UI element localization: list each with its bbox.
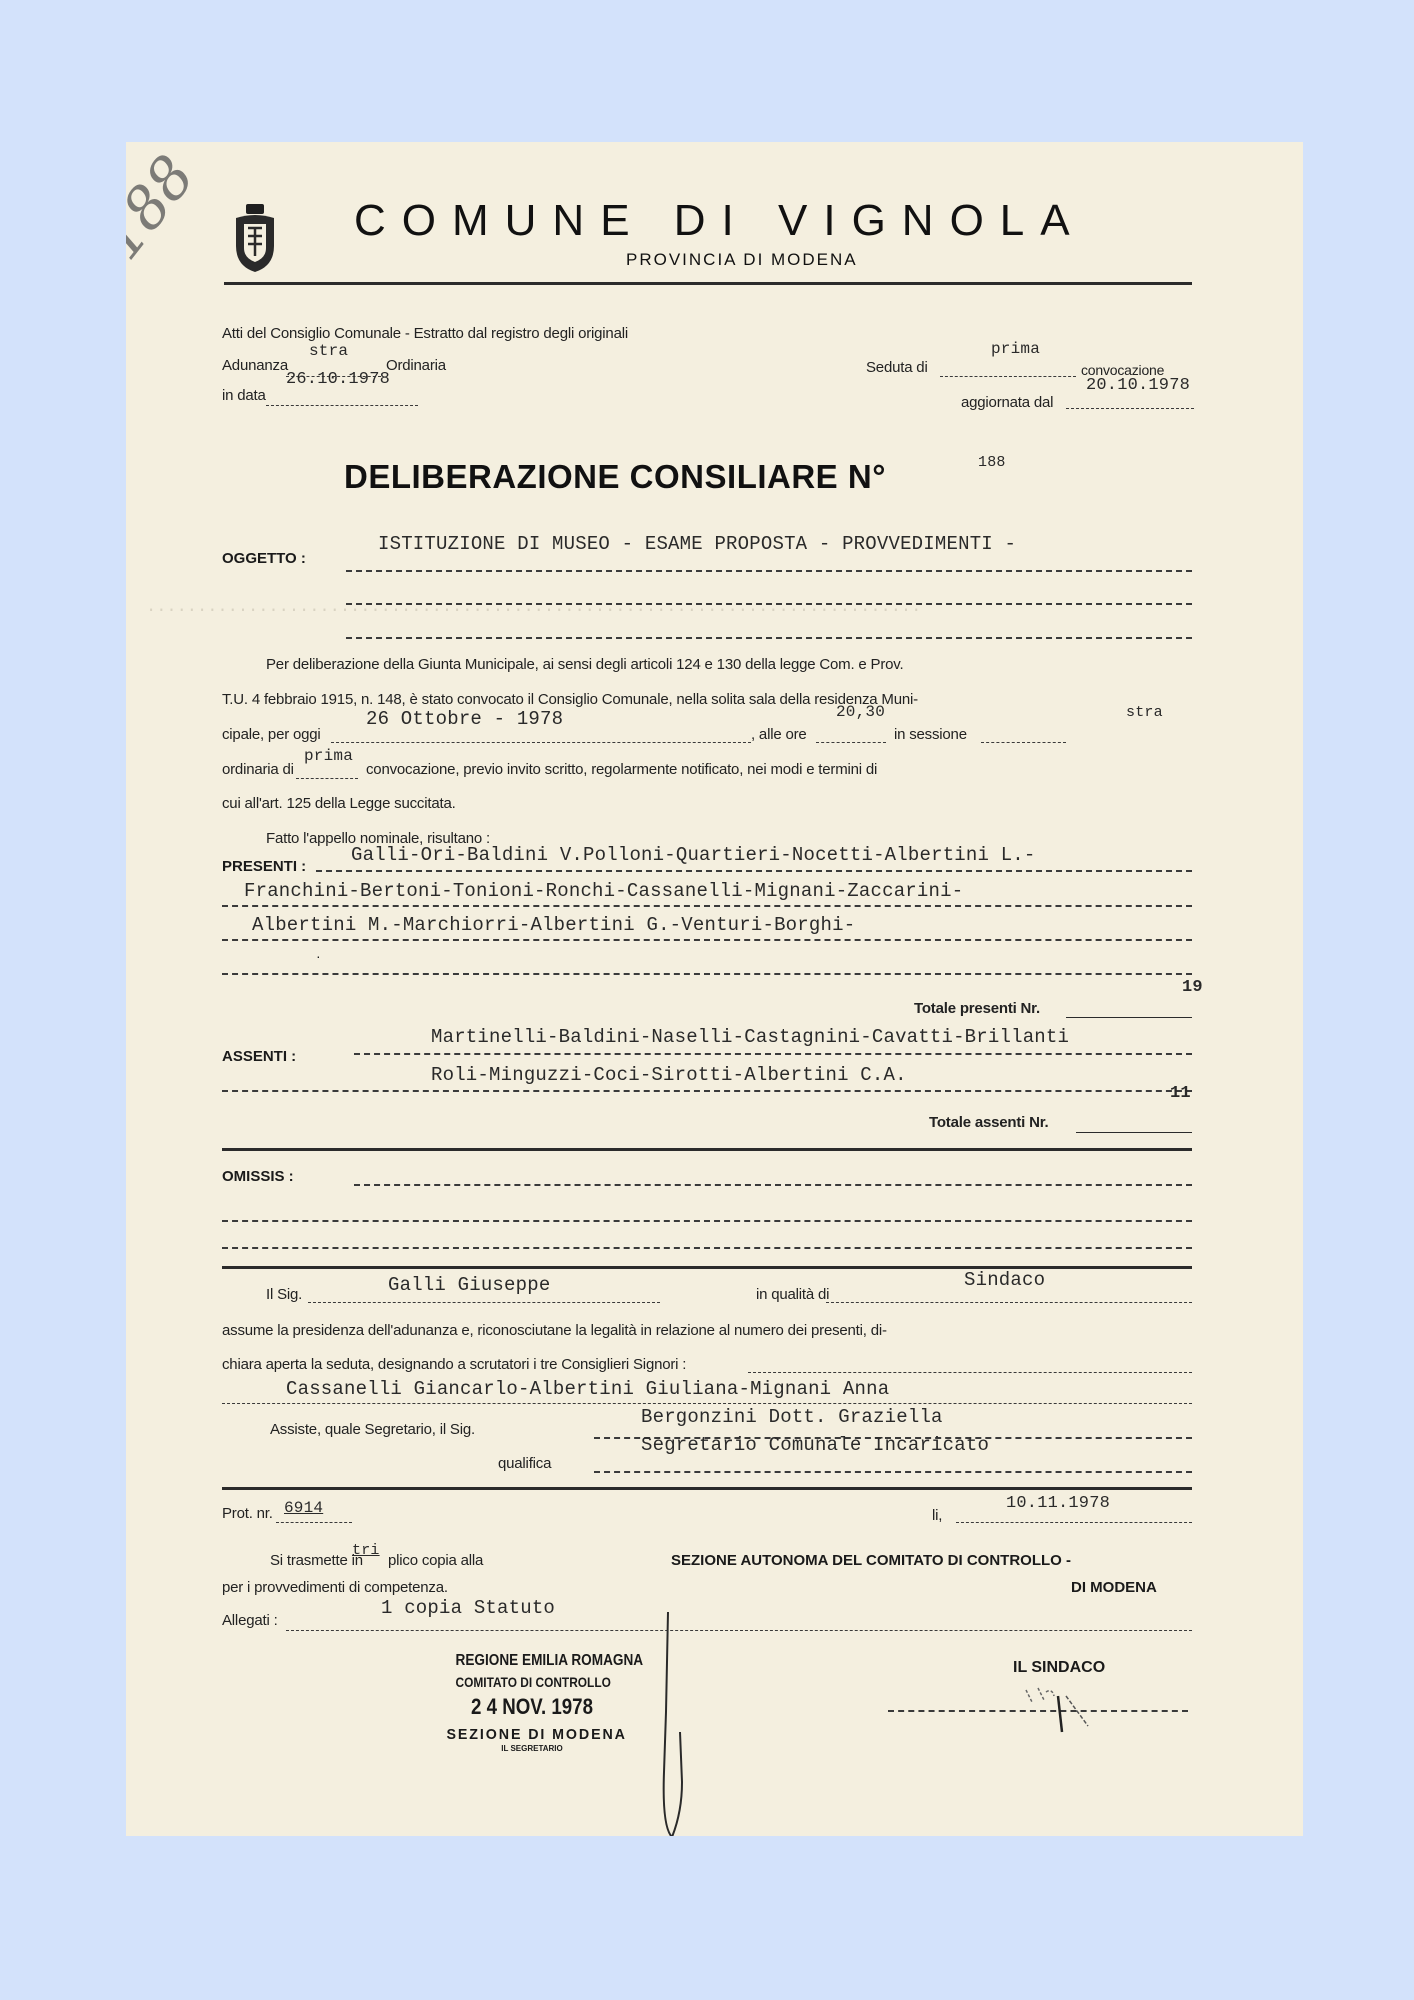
assiste-label: Assiste, quale Segretario, il Sig.	[270, 1421, 475, 1438]
omissis-rule-1	[354, 1184, 1192, 1186]
in-data-value: 26.10.1978	[286, 370, 390, 389]
deliberazione-number: 188	[978, 454, 1006, 471]
sessione-label: in sessione	[894, 726, 967, 743]
sessione-line	[981, 742, 1066, 743]
sezione-line-1: SEZIONE AUTONOMA DEL COMITATO DI CONTROL…	[671, 1552, 1071, 1569]
in-data-label: in data	[222, 387, 266, 404]
trasmette-prefix: Si trasmette in	[270, 1552, 363, 1569]
totale-assenti-label: Totale assenti Nr.	[929, 1114, 1049, 1131]
convocation-line-5: cui all'art. 125 della Legge succitata.	[222, 795, 456, 812]
adunanza-suffix: Ordinaria	[386, 357, 446, 374]
scrutatori-value: Cassanelli Giancarlo-Albertini Giuliana-…	[286, 1378, 889, 1400]
ore-line	[816, 742, 886, 743]
trasmette-suffix: plico copia alla	[388, 1552, 483, 1569]
convocation-line-3-prefix: cipale, per oggi	[222, 726, 321, 743]
prima-line	[296, 778, 358, 779]
convocation-line-2: T.U. 4 febbraio 1915, n. 148, è stato co…	[222, 691, 918, 708]
qualita-value: Sindaco	[964, 1269, 1045, 1291]
allegati-value: 1 copia Statuto	[381, 1597, 555, 1619]
segretario-value: Bergonzini Dott. Graziella	[641, 1406, 943, 1428]
stamp-secretary: IL SEGRETARIO	[442, 1744, 622, 1753]
assenti-rule-2	[222, 1090, 1192, 1092]
stamp-committee: COMITATO DI CONTROLLO	[456, 1674, 609, 1690]
handwritten-number: 188	[126, 143, 208, 272]
receipt-stamp: REGIONE EMILIA ROMAGNA COMITATO DI CONTR…	[442, 1652, 622, 1753]
sessione-value: stra	[1126, 704, 1163, 721]
prot-value: 6914	[284, 1499, 323, 1517]
oggetto-label: OGGETTO :	[222, 550, 306, 567]
aggiornata-line	[1066, 408, 1194, 409]
ore-label: , alle ore	[751, 726, 807, 743]
adunanza-value: stra	[309, 342, 348, 360]
omissis-rule-2	[222, 1220, 1192, 1222]
adunanza-label: Adunanza	[222, 357, 288, 374]
date-line	[331, 742, 751, 743]
presidency-line-3: chiara aperta la seduta, designando a sc…	[222, 1356, 686, 1373]
sig-label: Il Sig.	[266, 1286, 302, 1303]
assenti-line-1: Martinelli-Baldini-Naselli-Castagnini-Ca…	[431, 1026, 1069, 1048]
aggiornata-label: aggiornata dal	[961, 394, 1053, 411]
page-subtitle: PROVINCIA DI MODENA	[626, 250, 858, 270]
convocation-line-1: Per deliberazione della Giunta Municipal…	[266, 656, 903, 673]
qualifica-line	[594, 1471, 1192, 1473]
totale-presenti-line	[1066, 1017, 1192, 1018]
register-intro: Atti del Consiglio Comunale - Estratto d…	[222, 325, 628, 342]
document-page: ........................................…	[126, 142, 1303, 1836]
presidency-line-2: assume la presidenza dell'adunanza e, ri…	[222, 1322, 887, 1339]
presenti-label: PRESENTI :	[222, 858, 306, 875]
qualita-line	[826, 1302, 1192, 1303]
coat-of-arms-icon	[226, 202, 284, 274]
stamp-region: REGIONE EMILIA ROMAGNA	[456, 1652, 609, 1670]
allegati-label: Allegati :	[222, 1612, 278, 1629]
section-rule-3	[222, 1487, 1192, 1490]
convocation-date: 26 Ottobre - 1978	[366, 708, 563, 730]
dot-mark: ·	[316, 948, 321, 964]
in-data-line	[266, 405, 418, 406]
li-label: li,	[932, 1507, 942, 1524]
presenti-rule-2	[222, 905, 1192, 907]
omissis-rule-3	[222, 1247, 1192, 1249]
oggetto-line-3	[346, 637, 1192, 639]
presenti-line-3: Albertini M.-Marchiorri-Albertini G.-Ven…	[252, 914, 855, 936]
bleed-through-text: ........................................…	[146, 598, 921, 617]
sindaco-label: IL SINDACO	[1013, 1659, 1105, 1677]
stamp-date: 2 4 NOV. 1978	[456, 1694, 609, 1720]
allegati-line	[286, 1630, 1192, 1631]
sezione-line-2: DI MODENA	[1071, 1579, 1157, 1596]
qualita-label: in qualità di	[756, 1286, 829, 1303]
totale-presenti-value: 19	[1182, 978, 1203, 997]
oggetto-line-2	[346, 603, 1192, 605]
sindaco-signature-icon	[1016, 1682, 1096, 1752]
seduta-line	[940, 376, 1076, 377]
scrutatori-line-1	[748, 1372, 1192, 1373]
presenti-rule-1	[316, 870, 1192, 872]
presenti-line-1: Galli-Ori-Baldini V.Polloni-Quartieri-No…	[351, 844, 1036, 866]
trasmette-value: tri	[352, 1542, 380, 1559]
page-title: COMUNE DI VIGNOLA	[354, 196, 1086, 246]
oggetto-value: ISTITUZIONE DI MUSEO - ESAME PROPOSTA - …	[378, 533, 1016, 555]
omissis-label: OMISSIS :	[222, 1168, 294, 1185]
ore-value: 20,30	[836, 703, 885, 721]
totale-assenti-value: 11	[1170, 1084, 1191, 1103]
deliberazione-heading: DELIBERAZIONE CONSILIARE N°	[344, 458, 886, 496]
totale-assenti-line	[1076, 1132, 1192, 1133]
header-rule	[224, 282, 1192, 285]
assenti-label: ASSENTI :	[222, 1048, 296, 1065]
section-rule-1	[222, 1148, 1192, 1151]
qualifica-value: Segretario Comunale Incaricato	[641, 1434, 989, 1456]
prot-label: Prot. nr.	[222, 1505, 273, 1522]
presenti-rule-4	[222, 973, 1192, 975]
presenti-line-2: Franchini-Bertoni-Tonioni-Ronchi-Cassane…	[244, 880, 963, 902]
stamp-section: SEZIONE DI MODENA	[447, 1726, 618, 1743]
qualifica-label: qualifica	[498, 1455, 551, 1472]
oggetto-line-1	[346, 570, 1192, 572]
competenza-text: per i provvedimenti di competenza.	[222, 1579, 448, 1596]
li-value: 10.11.1978	[1006, 1494, 1110, 1513]
li-line	[956, 1522, 1192, 1523]
convocation-line-4-prefix: ordinaria di	[222, 761, 294, 778]
stamp-signature-icon	[660, 1612, 690, 1836]
convocation-line-4-suffix: convocazione, previo invito scritto, reg…	[366, 761, 877, 778]
seduta-label: Seduta di	[866, 359, 928, 376]
section-rule-2	[222, 1266, 1192, 1269]
sig-value: Galli Giuseppe	[388, 1274, 550, 1296]
convocazione-value: prima	[304, 747, 353, 765]
seduta-value: prima	[991, 340, 1040, 358]
totale-presenti-label: Totale presenti Nr.	[914, 1000, 1040, 1017]
sig-line	[308, 1302, 660, 1303]
aggiornata-value: 20.10.1978	[1086, 376, 1190, 395]
prot-line	[276, 1522, 352, 1523]
assenti-rule-1	[354, 1053, 1192, 1055]
presenti-rule-3	[222, 939, 1192, 941]
scrutatori-line-2	[222, 1403, 1192, 1404]
assenti-line-2: Roli-Minguzzi-Coci-Sirotti-Albertini C.A…	[431, 1064, 907, 1086]
